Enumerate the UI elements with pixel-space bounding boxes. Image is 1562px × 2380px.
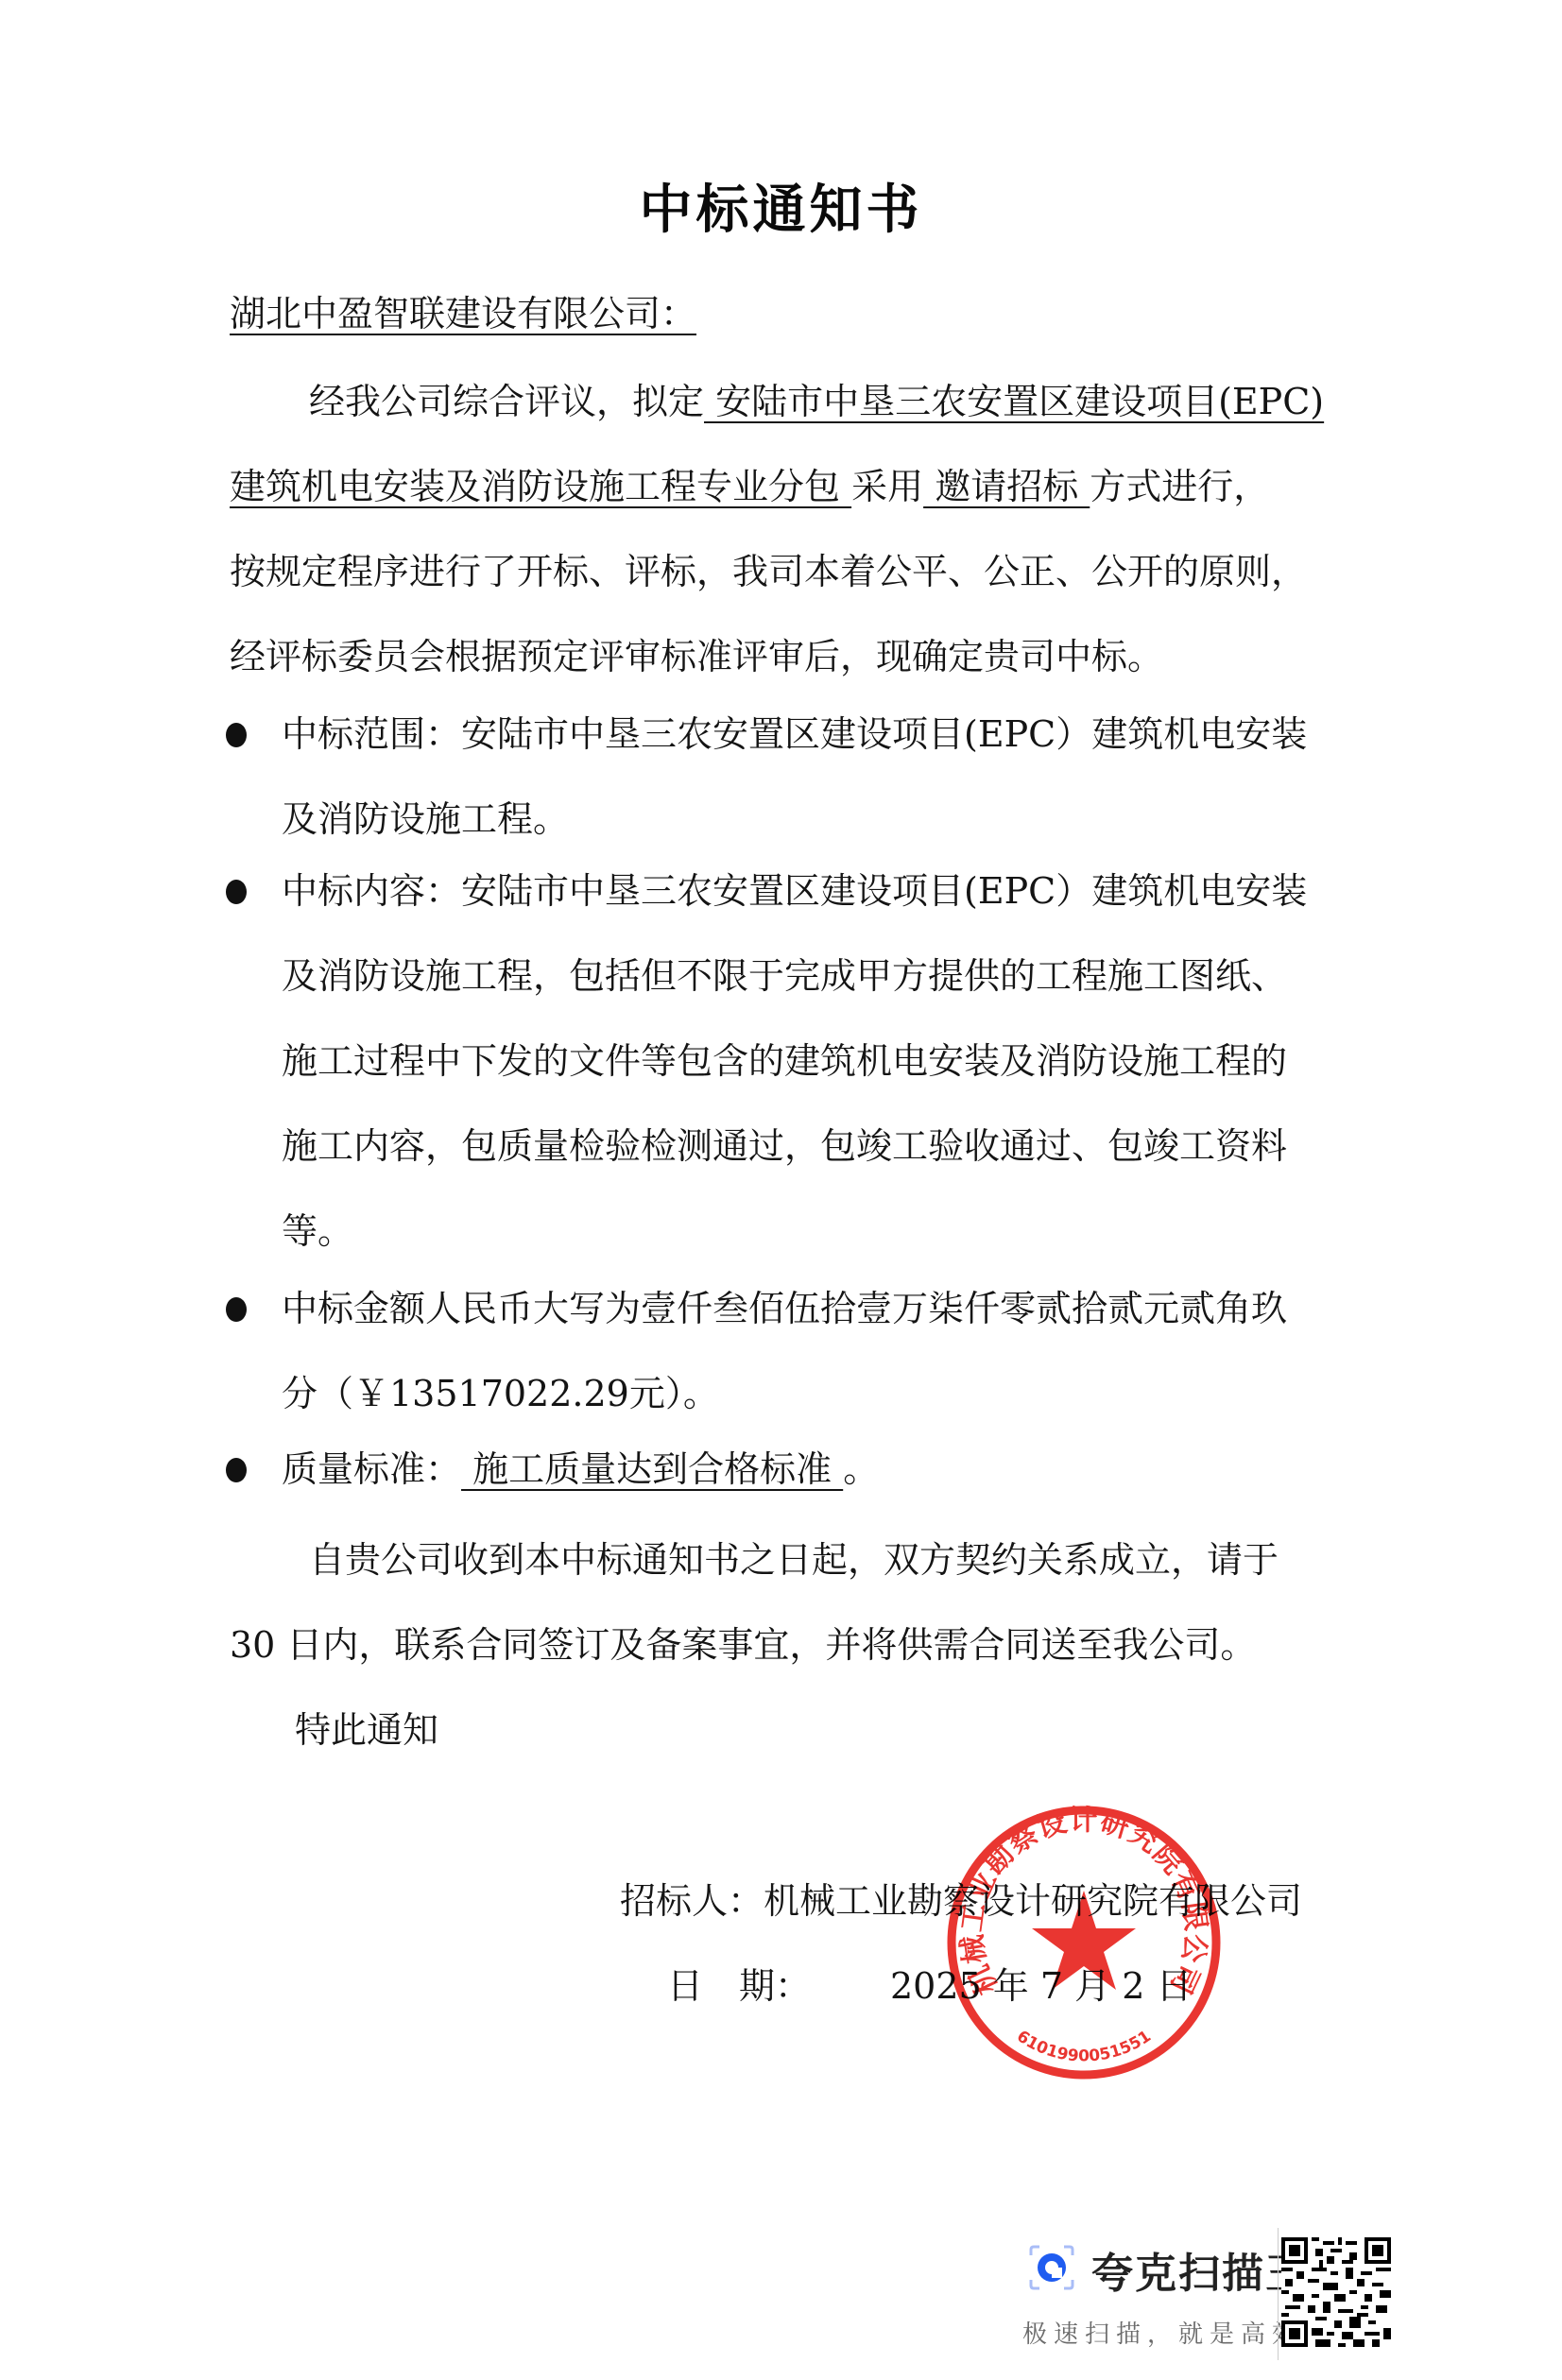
- content-line-1: 中标内容：安陆市中垦三农安置区建设项目(EPC）建筑机电安装: [282, 865, 1307, 916]
- date-value: 2025 年 7 月 2 日: [890, 1961, 1192, 2012]
- scope-line-2: 及消防设施工程。: [282, 794, 569, 845]
- quality-line: 质量标准： 施工质量达到合格标准 。: [282, 1444, 879, 1495]
- closing-notice: 特此通知: [295, 1704, 438, 1755]
- document-page: 中标通知书 湖北中盈智联建设有限公司： 经我公司综合评议，拟定 安陆市中垦三农安…: [0, 0, 1562, 2380]
- issuer-label: 招标人：: [620, 1880, 764, 1922]
- closing-line-1: 自贵公司收到本中标通知书之日起，双方契约关系成立，请于: [309, 1534, 1279, 1585]
- project-name-part2: 建筑机电安装及消防设施工程专业分包: [230, 466, 851, 507]
- intro-line-2-mid: 采用: [851, 466, 923, 507]
- svg-text:6101990051551: 6101990051551: [1013, 2027, 1155, 2065]
- content-line-3: 施工过程中下发的文件等包含的建筑机电安装及消防设施工程的: [282, 1036, 1287, 1087]
- qr-code-icon[interactable]: [1281, 2231, 1391, 2354]
- quality-value: 施工质量达到合格标准: [461, 1448, 843, 1490]
- project-name-part1: 安陆市中垦三农安置区建设项目(EPC): [704, 381, 1324, 422]
- quality-suffix: 。: [843, 1448, 879, 1490]
- intro-line-1-prefix: 经我公司综合评议，拟定: [309, 381, 704, 422]
- scope-line-1: 中标范围：安陆市中垦三农安置区建设项目(EPC）建筑机电安装: [282, 709, 1307, 760]
- watermark-divider: [1278, 2228, 1279, 2360]
- content-line-4: 施工内容，包质量检验检测通过，包竣工验收通过、包竣工资料: [282, 1121, 1287, 1172]
- intro-line-1: 经我公司综合评议，拟定 安陆市中垦三农安置区建设项目(EPC): [309, 376, 1324, 427]
- quality-label: 质量标准：: [282, 1448, 461, 1490]
- closing-line-2: 30 日内，联系合同签订及备案事宜，并将供需合同送至我公司。: [230, 1619, 1256, 1670]
- addressee: 湖北中盈智联建设有限公司：: [230, 288, 696, 339]
- bullet-icon: [226, 723, 247, 747]
- document-title: 中标通知书: [0, 168, 1562, 244]
- bullet-icon: [226, 1458, 247, 1482]
- content-line-5: 等。: [282, 1206, 353, 1257]
- bullet-icon: [226, 880, 247, 904]
- amount-line-2: 分（￥13517022.29元）。: [282, 1368, 719, 1419]
- intro-line-4: 经评标委员会根据预定评审标准评审后，现确定贵司中标。: [230, 631, 1163, 682]
- intro-line-3: 按规定程序进行了开标、评标，我司本着公平、公正、公开的原则，: [230, 546, 1307, 597]
- intro-line-2: 建筑机电安装及消防设施工程专业分包 采用 邀请招标 方式进行，: [230, 461, 1269, 512]
- issuer-name: 机械工业勘察设计研究院有限公司: [764, 1880, 1302, 1922]
- content-line-2: 及消防设施工程，包括但不限于完成甲方提供的工程施工图纸、: [282, 950, 1287, 1002]
- intro-line-2-suffix: 方式进行，: [1090, 466, 1269, 507]
- amount-line-1: 中标金额人民币大写为壹仟叁佰伍拾壹万柒仟零贰拾贰元贰角玖: [282, 1283, 1287, 1334]
- issuer-line: 招标人：机械工业勘察设计研究院有限公司: [620, 1875, 1302, 1926]
- bullet-icon: [226, 1297, 247, 1322]
- date-label: 日 期：: [667, 1961, 811, 2012]
- quark-scanner-logo-icon: [1028, 2244, 1075, 2291]
- watermark-brand: 夸克扫描王: [1091, 2239, 1309, 2300]
- procurement-method: 邀请招标: [923, 466, 1090, 507]
- company-seal-icon: 机械工业勘察设计研究院有限公司 6101990051551: [942, 1801, 1226, 2084]
- watermark-tagline: 极速扫描，就是高效: [1022, 2315, 1303, 2350]
